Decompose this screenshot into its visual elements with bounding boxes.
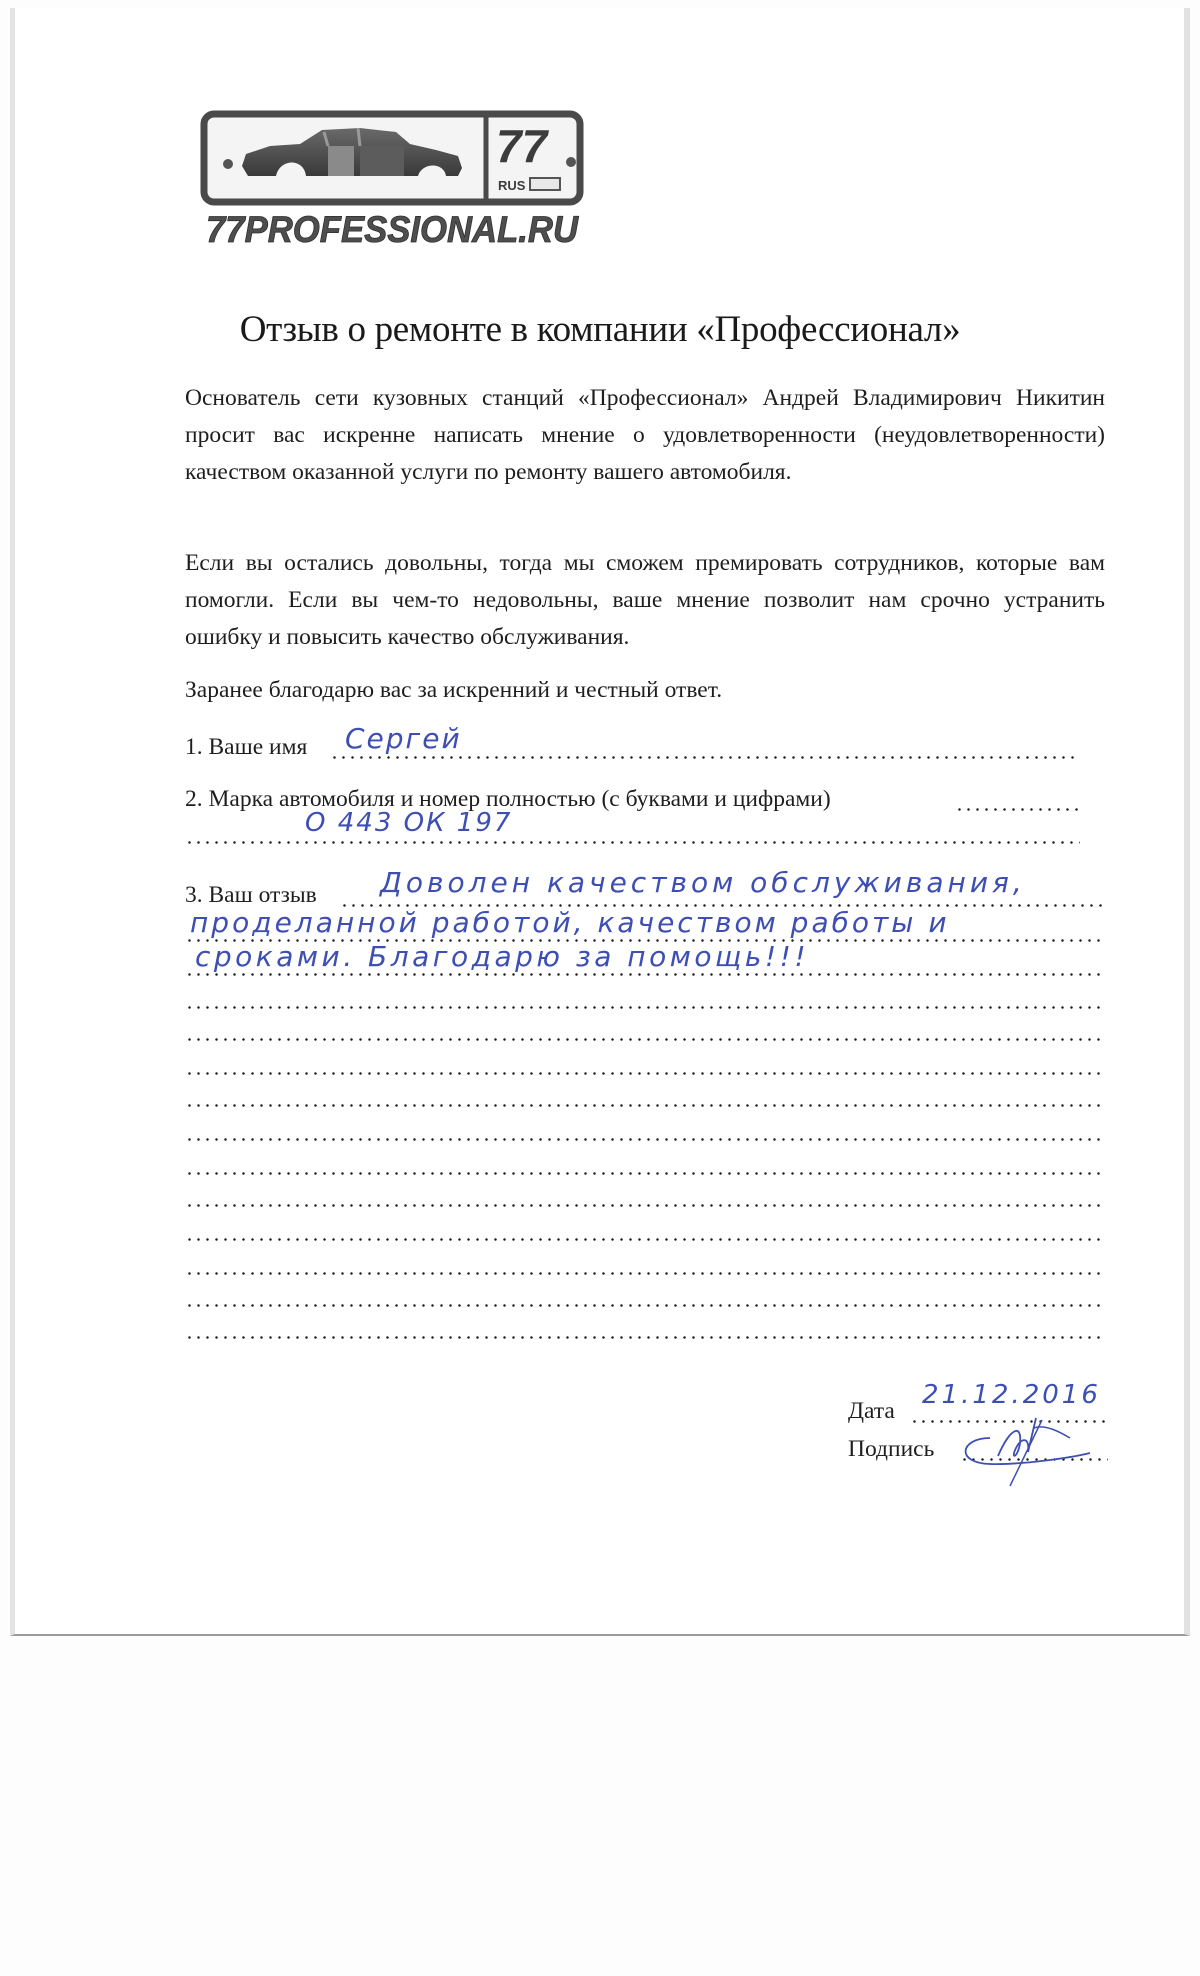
review-text-line[interactable]: сроками. Благодарю за помощь!!! [195,940,809,973]
car-field-value[interactable]: О 443 ОК 197 [305,808,512,838]
review-text-line[interactable]: Доволен качеством обслуживания, [380,866,1026,899]
review-line[interactable] [185,1204,1102,1207]
review-line[interactable] [185,1304,1102,1307]
review-line[interactable] [185,1104,1102,1107]
signature-label: Подпись [848,1436,934,1463]
license-plate-car-icon: 77 RUS 77PROFESSIONAL.RU [200,110,584,250]
review-line[interactable] [185,1238,1102,1241]
review-line[interactable] [185,1038,1102,1041]
name-field-value[interactable]: Сергей [345,722,462,755]
intro-paragraph: Основатель сети кузовных станций «Профес… [185,380,1105,491]
date-field-value[interactable]: 21.12.2016 [922,1380,1101,1410]
svg-text:77PROFESSIONAL.RU: 77PROFESSIONAL.RU [206,209,579,250]
review-line[interactable] [185,1272,1102,1275]
intro-paragraph: Если вы остались довольны, тогда мы смож… [185,545,1105,656]
review-line[interactable] [185,1138,1102,1141]
car-field-line [955,808,1080,811]
review-line[interactable] [185,1072,1102,1075]
question-review-label: 3. Ваш отзыв [185,882,317,909]
review-line[interactable] [185,1006,1102,1009]
review-line[interactable] [185,1336,1102,1339]
thanks-paragraph: Заранее благодарю вас за искренний и чес… [185,672,1105,709]
company-logo: 77 RUS 77PROFESSIONAL.RU [200,110,584,250]
question-name-label: 1. Ваше имя [185,734,307,761]
review-text-line[interactable]: проделанной работой, качеством работы и [190,906,950,939]
review-line[interactable] [185,973,1102,976]
svg-text:RUS: RUS [498,178,526,193]
name-field-line[interactable] [330,756,1078,759]
svg-text:77: 77 [496,120,550,172]
signature-scribble-icon [950,1408,1100,1488]
review-line[interactable] [185,1172,1102,1175]
car-field-line[interactable] [185,841,1080,844]
page-title: Отзыв о ремонте в компании «Профессионал… [0,308,1200,351]
date-label: Дата [848,1398,895,1425]
